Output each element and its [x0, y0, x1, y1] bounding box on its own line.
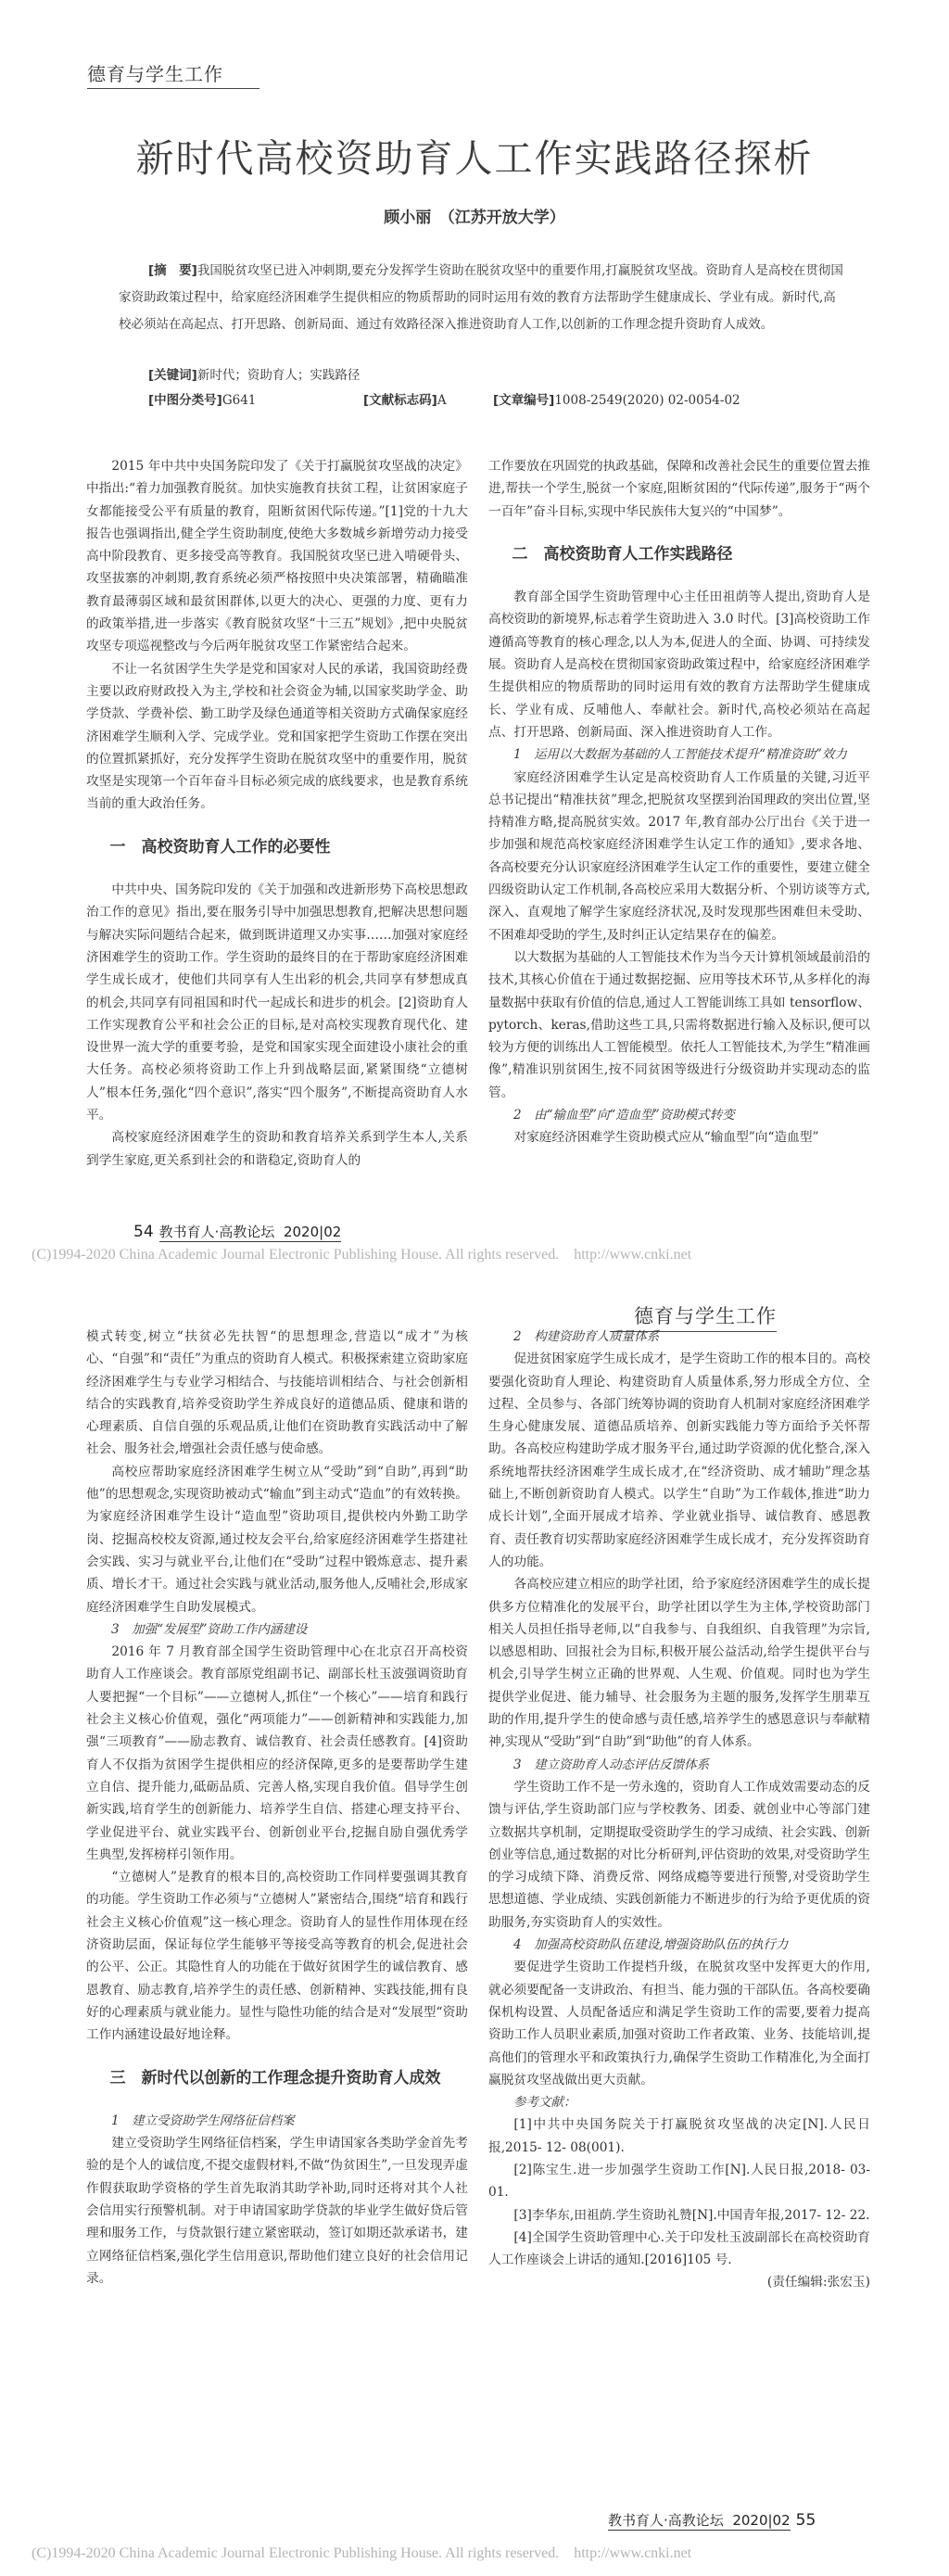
paragraph: 家庭经济困难学生认定是高校资助育人工作质量的关键,习近平总书记提出“精准扶贫”理…: [488, 767, 870, 946]
paragraph: 对家庭经济困难学生资助模式应从“输血型”向“造血型”: [488, 1126, 870, 1148]
author-line: 顾小丽 （江苏开放大学）: [0, 204, 949, 227]
article-title: 新时代高校资助育人工作实践路径探析: [0, 128, 949, 183]
paragraph: 模式转变,树立“扶贫必先扶智“的思想理念,营造以“成才”为核心、“自强”和“责任…: [86, 1326, 468, 1461]
editor-note: (责任编辑:张宏玉): [488, 2271, 870, 2293]
journal-issue: 2020|02: [284, 1224, 341, 1240]
abstract: [摘 要]我国脱贫攻坚已进入冲刺期,要充分发挥学生资助在脱贫攻坚中的重要作用,打…: [119, 258, 846, 338]
references-title: 参考文献：: [488, 2091, 870, 2113]
subheading: 1 运用以大数据为基础的人工智能技术提升“精准资助”效力: [488, 743, 870, 766]
clc-label: [中图分类号]: [148, 393, 222, 408]
reference-item: [2]陈宝生.进一步加强学生资助工作[N].人民日报,2018- 03- 01.: [488, 2159, 870, 2204]
right-column: 工作要放在巩固党的执政基础，保障和改善社会民生的重要位置去推进,帮扶一个学生,脱…: [488, 455, 870, 1149]
article-no-field: [文章编号]1008-2549(2020) 02-0054-02: [493, 389, 740, 408]
column-tag: 德育与学生工作: [87, 59, 259, 89]
paragraph: 2015 年中共中央国务院印发了《关于打赢脱贫攻坚战的决定》中指出:“着力加强教…: [86, 455, 468, 658]
right-column: 2 构建资助育人质量体系 促进贫困家庭学生成长成才，是学生资助工作的根本目的。高…: [488, 1326, 870, 2294]
paragraph: 建立受资助学生网络征信档案，学生申请国家各类助学金首先考验的是个人的诚信度,不提…: [86, 2132, 468, 2290]
subheading: 4 加强高校资助队伍建设,增强资助队伍的执行力: [488, 1934, 870, 1956]
subheading: 1 建立受资助学生网络征信档案: [86, 2110, 468, 2132]
paragraph: 要促进学生资助工作提档升级，在脱贫攻坚中发挥更大的作用,就必须要配备一支讲政治、…: [488, 1956, 870, 2091]
reference-item: [3]李华东,田祖荫.学生资助礼赞[N].中国青年报,2017- 12- 22.: [488, 2204, 870, 2227]
doc-code-field: [文献标志码]A: [363, 389, 447, 408]
section-heading-3: 三 新时代以创新的工作理念提升资助育人成效: [86, 2067, 468, 2089]
reference-item: [4]全国学生资助管理中心.关于印发杜玉波副部长在高校资助育人工作座谈会上讲话的…: [488, 2227, 870, 2272]
paragraph: 高校应帮助家庭经济困难学生树立从“受助”到“自助”,再到“助他”的思想观念,实现…: [86, 1461, 468, 1618]
journal-issue: 2020|02: [732, 2512, 790, 2529]
paragraph: “立德树人”是教育的根本目的,高校资助工作同样要强调其教育的功能。学生资助工作必…: [86, 1866, 468, 2046]
keywords: [关键词]新时代；资助育人；实践路径: [148, 364, 360, 383]
article-no-value: 1008-2549(2020) 02-0054-02: [554, 393, 740, 408]
paragraph: 工作要放在巩固党的执政基础，保障和改善社会民生的重要位置去推进,帮扶一个学生,脱…: [488, 455, 870, 523]
paragraph: 教育部全国学生资助管理中心主任田祖荫等人提出,资助育人是高校资助的新境界,标志着…: [488, 586, 870, 743]
section-heading-2: 二 高校资助育人工作实践路径: [488, 543, 870, 565]
journal-title: 教书育人·高教论坛: [608, 2512, 724, 2529]
references: 参考文献： [1]中共中央国务院关于打赢脱贫攻坚战的决定[N].人民日报,201…: [488, 2091, 870, 2294]
journal-name: 教书育人·高教论坛 2020|02: [608, 2512, 791, 2531]
abstract-label: [摘 要]: [148, 263, 197, 278]
paragraph: 2016 年 7 月教育部全国学生资助管理中心在北京召开高校资助育人工作座谈会。…: [86, 1641, 468, 1866]
subheading: 3 加强“发展型”资助工作内涵建设: [86, 1618, 468, 1641]
section-heading-1: 一 高校资助育人工作的必要性: [86, 836, 468, 858]
paragraph: 中共中央、国务院印发的《关于加强和改进新形势下高校思想政治工作的意见》指出,要在…: [86, 879, 468, 1126]
paragraph: 高校家庭经济困难学生的资助和教育培养关系到学生本人,关系到学生家庭,更关系到社会…: [86, 1126, 468, 1172]
doc-code-label: [文献标志码]: [363, 393, 437, 408]
keywords-text: 新时代；资助育人；实践路径: [197, 368, 361, 383]
paragraph: 促进贫困家庭学生成长成才，是学生资助工作的根本目的。高校要强化资助育人理论、构建…: [488, 1348, 870, 1573]
page-number: 55: [796, 2511, 816, 2530]
paragraph: 以大数据为基础的人工智能技术作为当今天计算机领域最前沿的技术,其核心价值在于通过…: [488, 946, 870, 1104]
left-column: 2015 年中共中央国务院印发了《关于打赢脱贫攻坚战的决定》中指出:“着力加强教…: [86, 455, 468, 1172]
page-footer: 教书育人·高教论坛 2020|0255: [602, 2510, 816, 2530]
journal-title: 教书育人·高教论坛: [159, 1224, 275, 1240]
left-column: 模式转变,树立“扶贫必先扶智“的思想理念,营造以“成才”为核心、“自强”和“责任…: [86, 1326, 468, 2290]
keywords-label: [关键词]: [148, 368, 197, 383]
paragraph: 各高校应建立相应的助学社团，给予家庭经济困难学生的成长提供多方位精准化的发展平台…: [488, 1573, 870, 1753]
copyright-notice: (C)1994-2020 China Academic Journal Elec…: [32, 1242, 866, 1263]
paragraph: 不让一名贫困学生失学是党和国家对人民的承诺，我国资助经费主要以政府财政投入为主,…: [86, 658, 468, 816]
journal-name: 教书育人·高教论坛 2020|02: [159, 1224, 342, 1242]
page-55: 德育与学生工作 模式转变,树立“扶贫必先扶智“的思想理念,营造以“成才”为核心、…: [0, 1288, 949, 2576]
doc-code-value: A: [437, 393, 447, 408]
clc-field: [中图分类号]G641: [148, 389, 256, 408]
copyright-notice: (C)1994-2020 China Academic Journal Elec…: [32, 2541, 866, 2562]
subheading: 2 由“输血型”向“造血型”资助模式转变: [488, 1104, 870, 1126]
subheading: 2 构建资助育人质量体系: [488, 1326, 870, 1348]
abstract-text: 我国脱贫攻坚已进入冲刺期,要充分发挥学生资助在脱贫攻坚中的重要作用,打赢脱贫攻坚…: [119, 263, 843, 332]
page-54: 德育与学生工作 新时代高校资助育人工作实践路径探析 顾小丽 （江苏开放大学） […: [0, 0, 949, 1288]
reference-item: [1]中共中央国务院关于打赢脱贫攻坚战的决定[N].人民日报,2015- 12-…: [488, 2113, 870, 2159]
page-number: 54: [133, 1223, 154, 1241]
article-no-label: [文章编号]: [493, 393, 554, 408]
subheading: 3 建立资助育人动态评估反馈体系: [488, 1754, 870, 1776]
page-footer: 54教书育人·高教论坛 2020|02: [133, 1222, 347, 1241]
paragraph: 学生资助工作不是一劳永逸的，资助育人工作成效需要动态的反馈与评估,学生资助部门应…: [488, 1776, 870, 1934]
clc-value: G641: [222, 393, 257, 408]
